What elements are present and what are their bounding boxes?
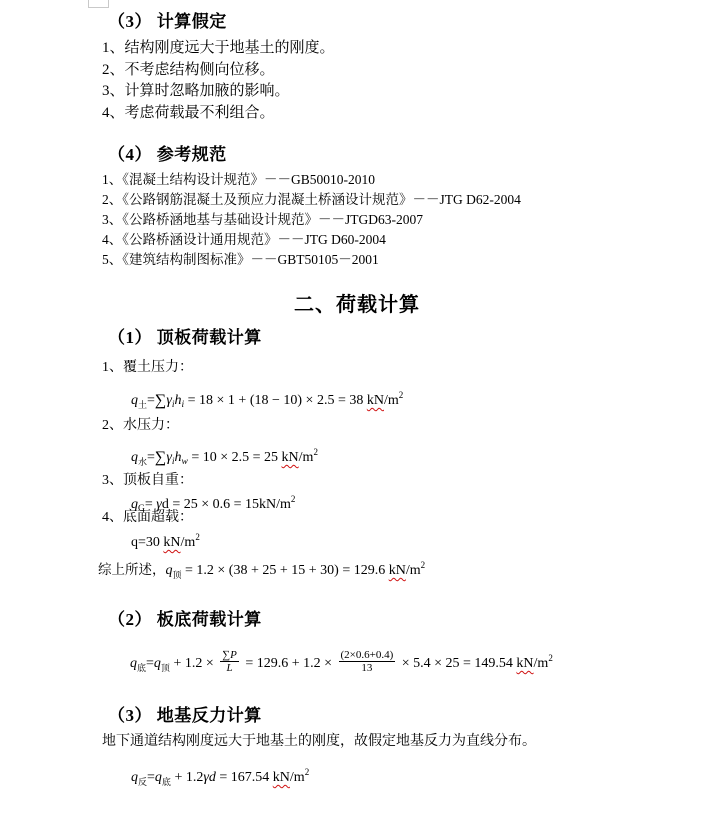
sigma-symbol: ∑ — [155, 392, 166, 409]
item-label-water-pressure: 2、水压力： — [102, 417, 179, 435]
math-expression: = 129.6 + 1.2 × — [242, 656, 336, 671]
fraction-denominator: 13 — [339, 662, 396, 675]
math-subscript: 反 — [138, 777, 147, 787]
unit-exponent: 2 — [399, 390, 404, 400]
unit-kn: kN — [367, 393, 384, 408]
formula-foundation-reaction: q反=q底 + 1.2γd = 167.54 kN/m2 — [131, 762, 309, 792]
section-heading-references: （4） 参考规范 — [108, 145, 227, 165]
math-var: q — [131, 450, 138, 465]
math-expression: + 1.2 — [171, 770, 203, 785]
unit-per-m: /m — [406, 563, 421, 578]
unit-exponent: 2 — [291, 494, 296, 504]
math-expression: = 167.54 — [216, 770, 273, 785]
math-expression: × 5.4 × 25 = 149.54 — [398, 656, 516, 671]
math-expression: = 18 × 1 + (18 − 10) × 2.5 = 38 — [184, 393, 367, 408]
summary-prefix: 综上所述， — [98, 562, 166, 577]
list-item: 2、《公路钢筋混凝土及预应力混凝土桥涵设计规范》－－JTG D62-2004 — [102, 190, 521, 210]
math-expression: = 10 × 2.5 = 25 — [188, 450, 282, 465]
math-var: d — [209, 770, 216, 785]
math-subscript: 顶 — [173, 570, 182, 580]
unit-per-m: /m — [534, 656, 549, 671]
unit-exponent: 2 — [305, 767, 310, 777]
references-list: 1、《混凝土结构设计规范》－－GB50010-2010 2、《公路钢筋混凝土及预… — [102, 170, 521, 270]
list-item: 2、不考虑结构侧向位移。 — [102, 60, 335, 82]
math-var: q — [131, 770, 138, 785]
math-var: q — [131, 393, 138, 408]
page-edge-marker — [88, 0, 109, 8]
formula-surcharge: q=30 kN/m2 — [131, 527, 200, 553]
document-page: （3） 计算假定 1、结构刚度远大于地基土的刚度。 2、不考虑结构侧向位移。 3… — [0, 0, 714, 830]
math-var: q — [130, 656, 137, 671]
math-operator: = — [146, 656, 154, 671]
math-var: h — [175, 450, 182, 465]
list-item: 3、《公路桥涵地基与基础设计规范》－－JTGD63-2007 — [102, 210, 521, 230]
sub-heading-foundation-reaction: （3） 地基反力计算 — [108, 706, 262, 726]
math-subscript: 水 — [138, 457, 147, 467]
sigma-symbol: ∑ — [222, 649, 230, 661]
unit-per-m: /m — [181, 535, 196, 550]
fraction-numerator: (2×0.6+0.4) — [339, 649, 396, 663]
math-subscript: 土 — [138, 400, 147, 410]
list-item: 3、计算时忽略加腋的影响。 — [102, 81, 335, 103]
math-var: q — [166, 563, 173, 578]
formula-bottom-slab-load: q底=q顶 + 1.2 × ∑PL = 129.6 + 1.2 × (2×0.6… — [130, 648, 553, 678]
unit-exponent: 2 — [548, 653, 553, 663]
summary-line: 综上所述，q顶 = 1.2 × (38 + 25 + 15 + 30) = 12… — [98, 555, 425, 585]
formula-water-pressure: q水=∑γihw = 10 × 2.5 = 25 kN/m2 — [131, 442, 318, 472]
fraction-denominator: L — [220, 662, 239, 675]
math-expression: q=30 — [131, 535, 163, 550]
unit-kn: kN — [273, 770, 290, 785]
math-subscript: 底 — [137, 663, 146, 673]
unit-exponent: 2 — [195, 532, 200, 542]
math-var: h — [175, 393, 182, 408]
math-var: q — [154, 656, 161, 671]
list-item: 1、《混凝土结构设计规范》－－GB50010-2010 — [102, 170, 521, 190]
list-item: 5、《建筑结构制图标准》－－GBT50105－2001 — [102, 250, 521, 270]
unit-kn: kN — [259, 497, 276, 512]
fraction-sum-p-over-l: ∑PL — [220, 649, 239, 675]
math-subscript: 顶 — [161, 663, 170, 673]
foundation-note: 地下通道结构刚度远大于地基土的刚度，故假定地基反力为直线分布。 — [102, 733, 536, 751]
item-label-surcharge: 4、底面超载： — [102, 509, 193, 527]
unit-kn: kN — [163, 535, 180, 550]
fraction-numeric: (2×0.6+0.4)13 — [339, 649, 396, 675]
unit-per-m: /m — [276, 497, 291, 512]
sigma-symbol: ∑ — [155, 449, 166, 466]
fraction-numerator: ∑P — [220, 649, 239, 663]
item-label-slab-weight: 3、顶板自重： — [102, 472, 193, 490]
formula-overburden-pressure: q土=∑γihi = 18 × 1 + (18 − 10) × 2.5 = 38… — [131, 385, 403, 415]
math-expression: + 1.2 × — [170, 656, 217, 671]
unit-kn: kN — [389, 563, 406, 578]
unit-per-m: /m — [384, 393, 399, 408]
unit-exponent: 2 — [421, 560, 426, 570]
list-item: 4、考虑荷载最不利组合。 — [102, 103, 335, 125]
math-operator: = — [147, 770, 155, 785]
unit-per-m: /m — [290, 770, 305, 785]
item-label-overburden: 1、覆土压力： — [102, 359, 193, 377]
formula-top-slab-total: q顶 = 1.2 × (38 + 25 + 15 + 30) = 129.6 k… — [166, 563, 426, 578]
math-subscript: 底 — [162, 777, 171, 787]
unit-kn: kN — [282, 450, 299, 465]
math-operator: = — [147, 393, 155, 408]
unit-per-m: /m — [299, 450, 314, 465]
list-item: 4、《公路桥涵设计通用规范》－－JTG D60-2004 — [102, 230, 521, 250]
list-item: 1、结构刚度远大于地基土的刚度。 — [102, 38, 335, 60]
unit-kn: kN — [516, 656, 533, 671]
chapter-title: 二、荷载计算 — [0, 288, 714, 317]
math-operator: = — [147, 450, 155, 465]
section-heading-assumptions: （3） 计算假定 — [108, 12, 227, 32]
math-var: q — [155, 770, 162, 785]
math-expression: = 1.2 × (38 + 25 + 15 + 30) = 129.6 — [182, 563, 389, 578]
assumptions-list: 1、结构刚度远大于地基土的刚度。 2、不考虑结构侧向位移。 3、计算时忽略加腋的… — [102, 38, 335, 124]
math-var: P — [230, 649, 237, 661]
sub-heading-top-slab-load: （1） 顶板荷载计算 — [108, 328, 262, 348]
sub-heading-bottom-slab-load: （2） 板底荷载计算 — [108, 610, 262, 630]
unit-exponent: 2 — [313, 447, 318, 457]
